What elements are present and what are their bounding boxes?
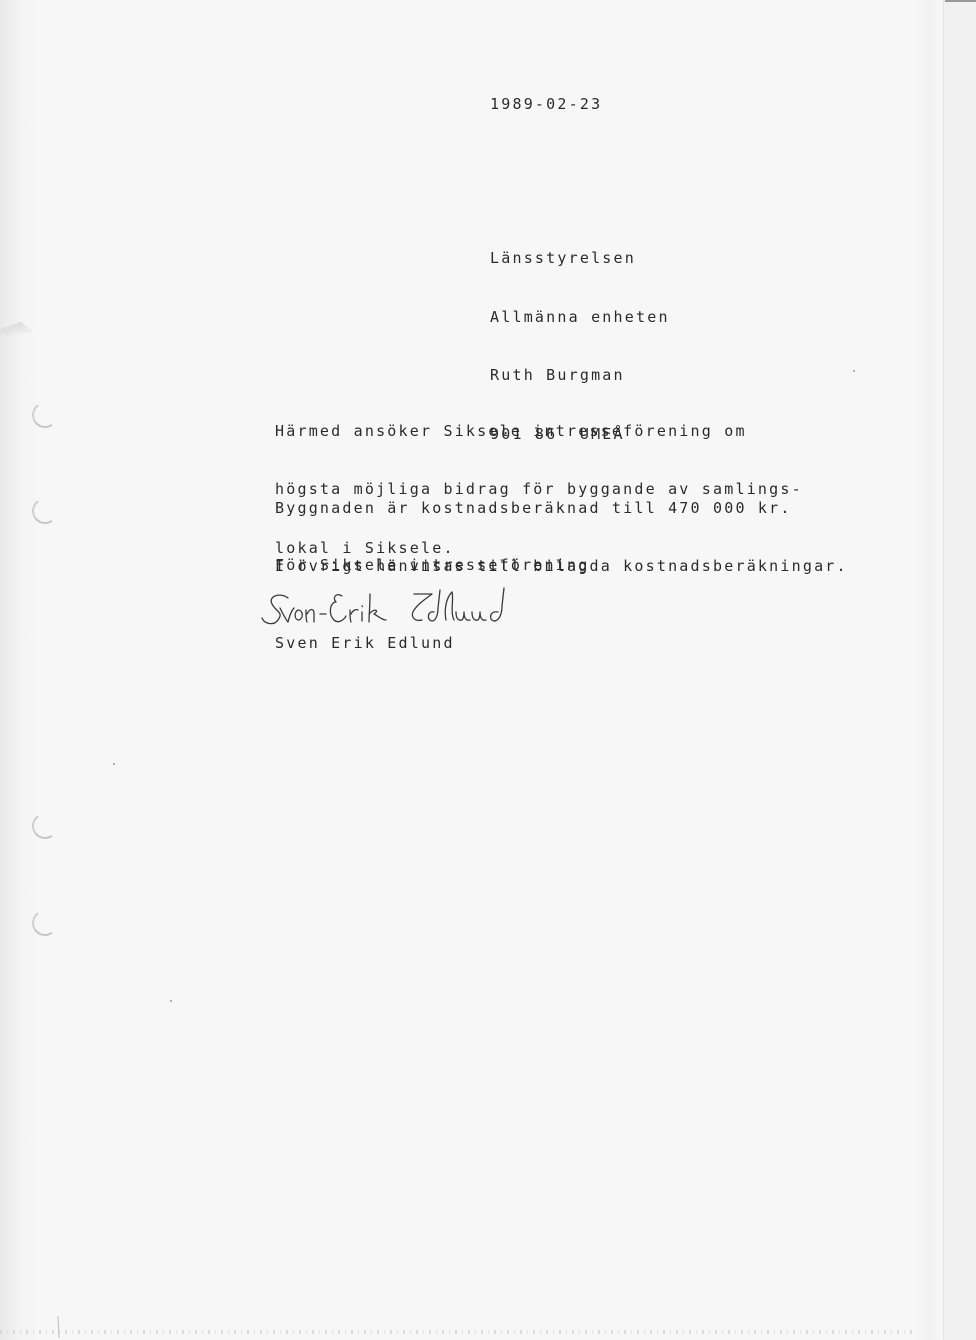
closing-line: För Siksele intresseförening <box>275 556 589 576</box>
recipient-line: Allmänna enheten <box>490 308 670 328</box>
handwritten-signature <box>258 584 598 634</box>
page-edge-strip <box>943 0 976 1340</box>
body-line: Härmed ansöker Siksele intresseförening … <box>275 422 803 441</box>
scanned-page: 1989-02-23 Länsstyrelsen Allmänna enhete… <box>0 0 976 1340</box>
page-top-edge <box>945 0 976 2</box>
letter-date: 1989-02-23 <box>490 95 602 115</box>
punch-hole <box>30 811 60 841</box>
page-shadow <box>912 0 944 1340</box>
signer-name: Sven Erik Edlund <box>275 634 455 654</box>
punch-hole <box>30 908 60 938</box>
scan-bottom-edge <box>0 1330 915 1334</box>
scan-speck <box>853 370 855 372</box>
signature-icon <box>258 584 598 634</box>
scan-speck <box>113 763 115 765</box>
punch-hole <box>30 496 60 526</box>
paper-tear <box>0 322 34 340</box>
body-line: Byggnaden är kostnadsberäknad till 470 0… <box>275 499 848 518</box>
punch-hole <box>30 400 60 430</box>
scan-mark <box>57 1316 59 1338</box>
scan-speck <box>170 1000 172 1002</box>
recipient-line: Länsstyrelsen <box>490 249 670 269</box>
